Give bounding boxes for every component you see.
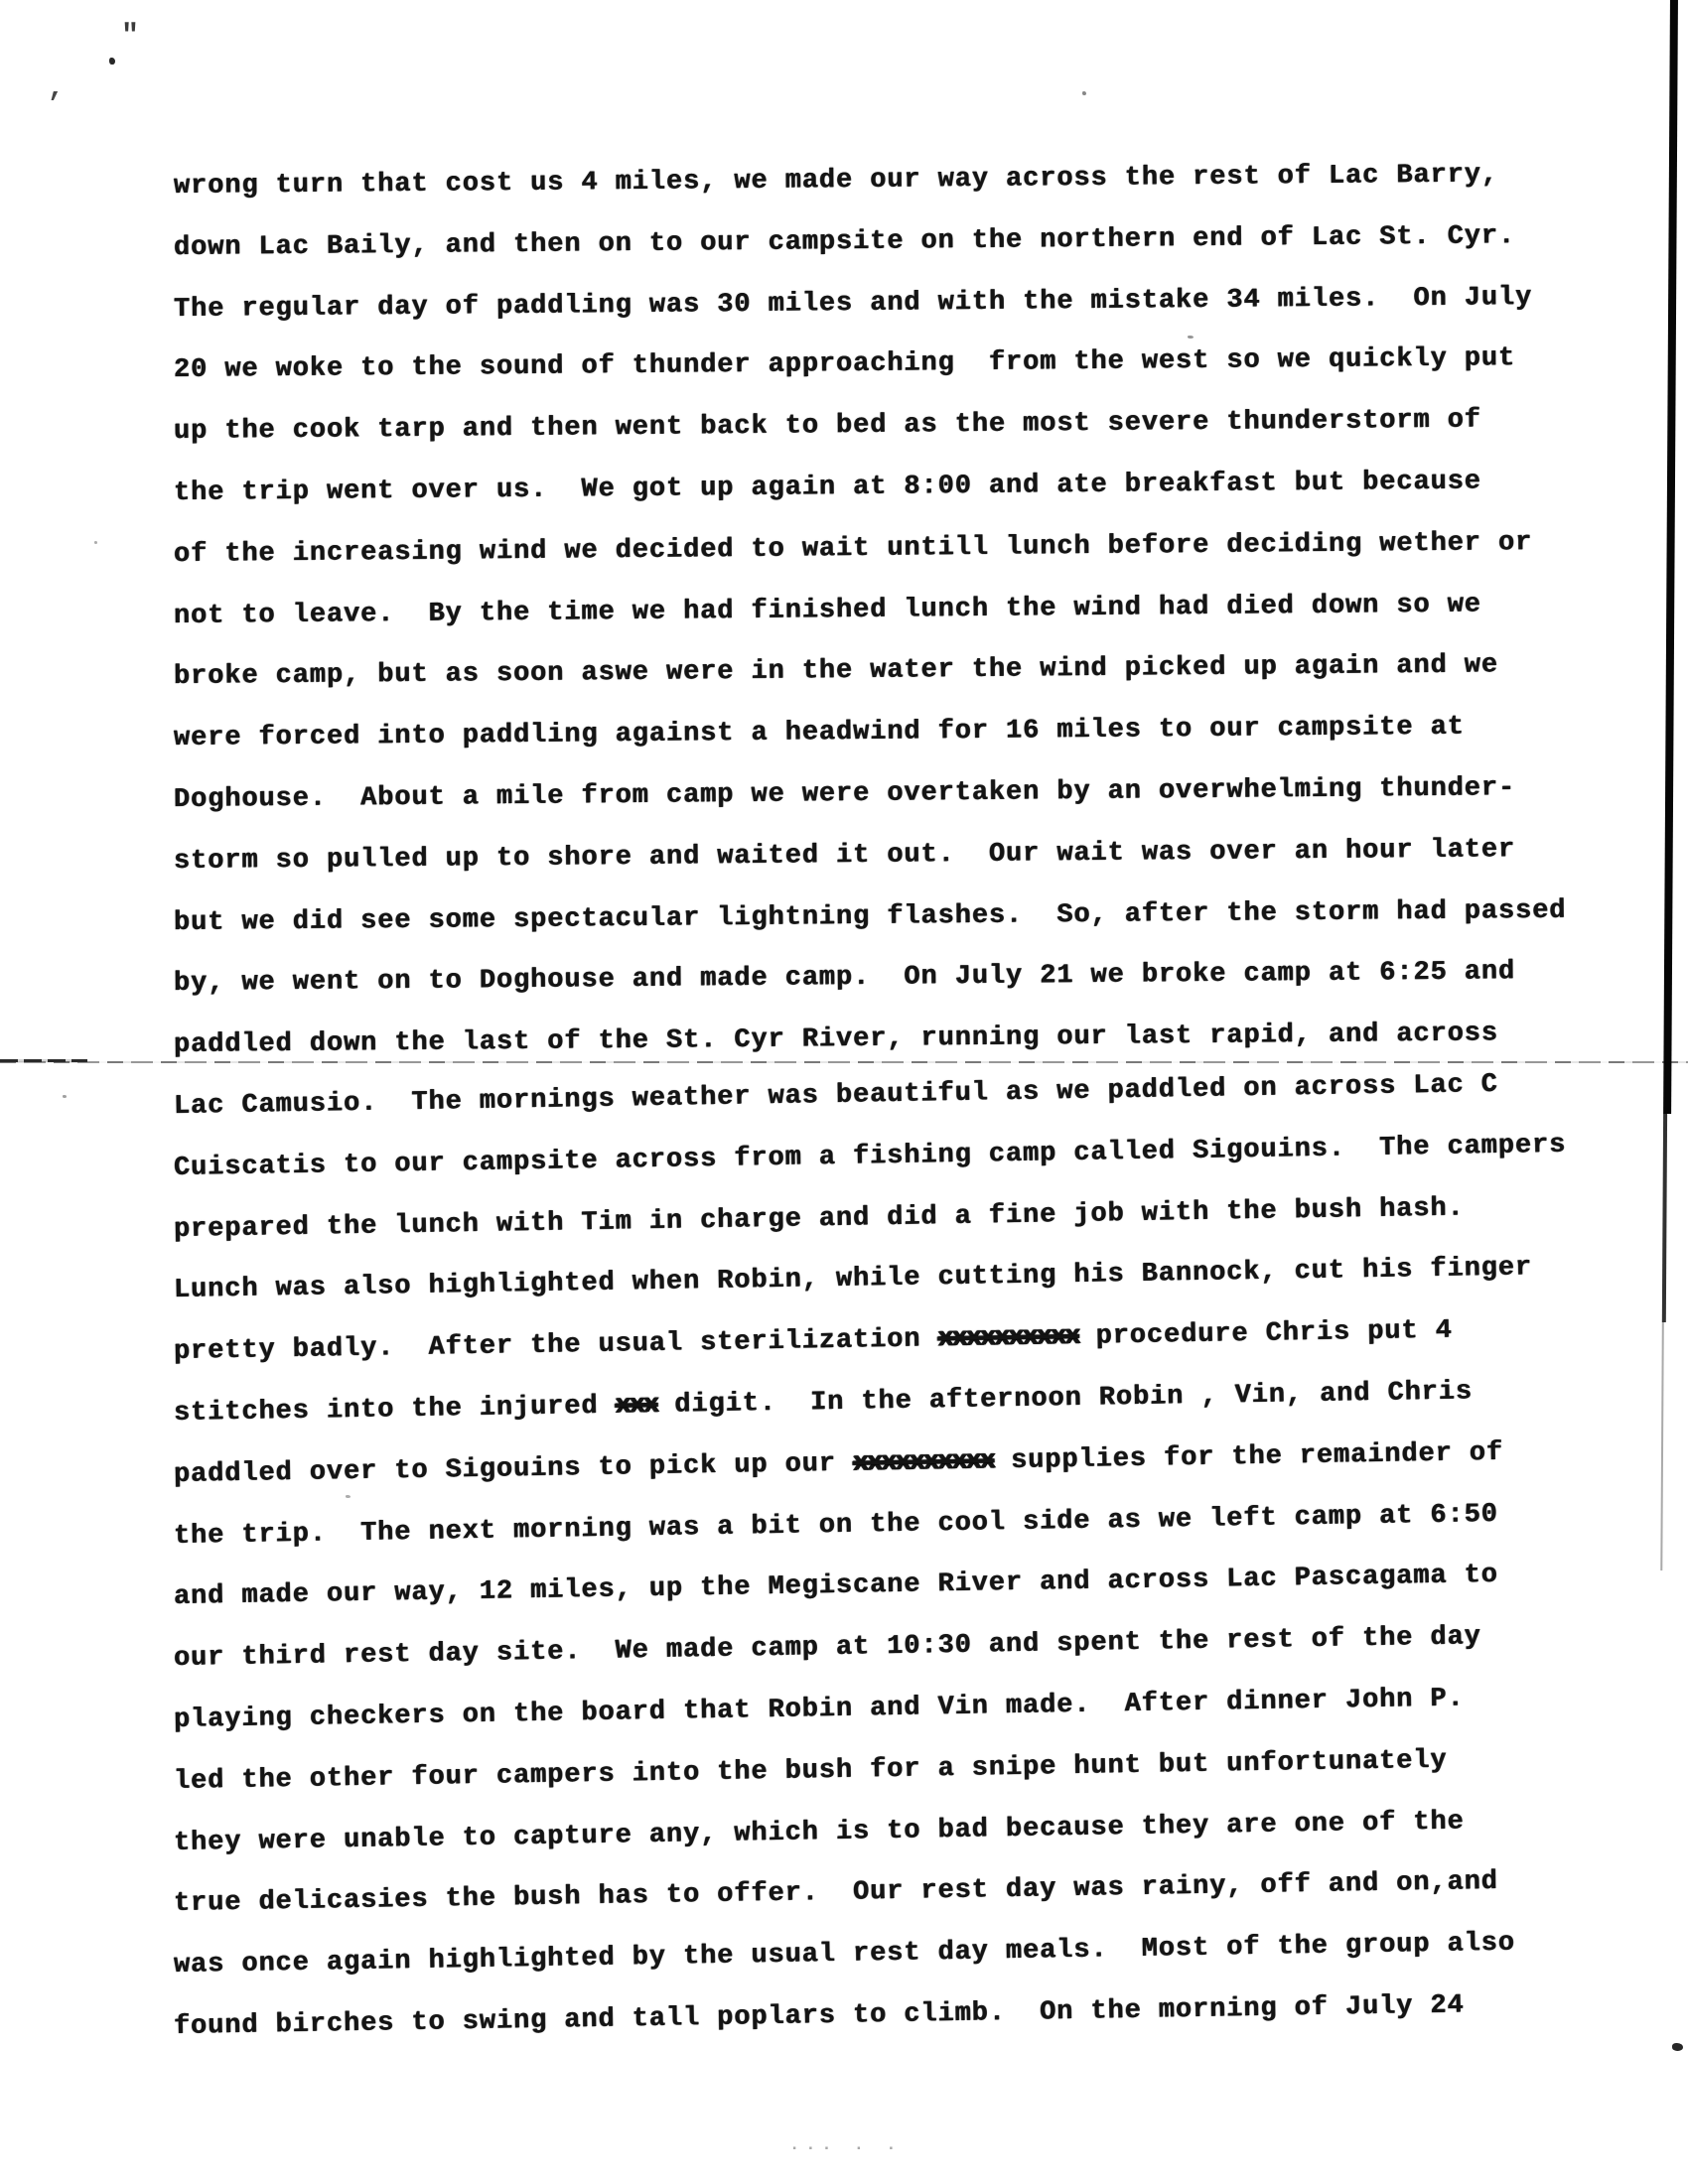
- text-segment: by, we went on to Doghouse and made camp…: [174, 958, 1515, 1000]
- text-segment: found birches to swing and tall poplars …: [174, 1990, 1465, 2042]
- text-segment: down Lac Baily, and then on to our camps…: [174, 221, 1515, 263]
- ink-speck: [1082, 91, 1086, 95]
- text-segment: stitches into the injured: [174, 1392, 616, 1429]
- ink-speck: [63, 1095, 67, 1098]
- text-segment: Cuiscatis to our campsite across from a …: [174, 1131, 1567, 1183]
- text-segment: storm so pulled up to shore and waited i…: [174, 835, 1515, 877]
- text-segment: wrong turn that cost us 4 miles, we made…: [174, 160, 1498, 202]
- text-segment: but we did see some spectacular lightnin…: [174, 895, 1567, 937]
- struck-out-word: xxx: [615, 1391, 657, 1422]
- text-segment: not to leave. By the time we had finishe…: [174, 590, 1481, 630]
- scan-edge-segment-thick: [1663, 0, 1678, 1114]
- text-line-6: the trip went over us. We got up again a…: [174, 453, 1481, 525]
- text-segment: pretty badly. After the usual sterilizat…: [174, 1324, 938, 1367]
- scan-edge-segment-medium: [1662, 1114, 1667, 1322]
- text-segment: the trip. The next morning was a bit on …: [174, 1499, 1498, 1551]
- text-segment: of the increasing wind we decided to wai…: [174, 528, 1532, 570]
- ink-speck: [94, 541, 97, 544]
- text-segment: procedure Chris put 4: [1078, 1316, 1453, 1352]
- text-segment: paddled over to Sigouins to pick up our: [174, 1448, 854, 1489]
- text-segment: prepared the lunch with Tim in charge an…: [174, 1193, 1465, 1245]
- text-line-10: were forced into paddling against a head…: [174, 698, 1465, 770]
- scan-dots: ... . .: [789, 2136, 902, 2155]
- text-segment: Lac Camusio. The mornings weather was be…: [174, 1070, 1498, 1122]
- text-segment: broke camp, but as soon aswe were in the…: [174, 651, 1498, 693]
- ink-speck: [1672, 2043, 1683, 2051]
- scan-edge-segment-faint: [1660, 1322, 1664, 1570]
- text-segment: Lunch was also highlighted when Robin, w…: [174, 1254, 1533, 1306]
- text-segment: the trip went over us. We got up again a…: [174, 468, 1481, 508]
- text-line-11: Doghouse. About a mile from camp we were…: [174, 758, 1516, 832]
- fold-crease-left-cap: [0, 1059, 87, 1062]
- text-line-1: wrong turn that cost us 4 miles, we made…: [174, 145, 1499, 217]
- ink-speck: [109, 58, 115, 65]
- text-segment: playing checkers on the board that Robin…: [174, 1684, 1465, 1735]
- text-segment: The regular day of paddling was 30 miles…: [174, 283, 1532, 325]
- text-segment: Doghouse. About a mile from camp we were…: [174, 773, 1515, 815]
- text-segment: supplies for the remainder of: [994, 1438, 1504, 1477]
- text-line-5: up the cook tarp and then went back to b…: [174, 391, 1481, 464]
- scanned-page: wrong turn that cost us 4 miles, we made…: [0, 0, 1688, 2184]
- text-segment: digit. In the afternoon Robin , Vin, and…: [657, 1377, 1473, 1421]
- text-segment: they were unable to capture any, which i…: [174, 1807, 1465, 1858]
- ink-speck: ": [121, 22, 139, 52]
- text-segment: up the cook tarp and then went back to b…: [174, 406, 1481, 447]
- text-line-7: of the increasing wind we decided to wai…: [174, 513, 1533, 587]
- text-segment: our third rest day site. We made camp at…: [174, 1622, 1481, 1674]
- text-segment: and made our way, 12 miles, up the Megis…: [174, 1561, 1498, 1612]
- text-line-12: storm so pulled up to shore and waited i…: [174, 820, 1516, 893]
- ink-speck: [346, 1495, 351, 1498]
- ink-speck: [1188, 336, 1194, 339]
- text-segment: true delicasies the bush has to offer. O…: [174, 1867, 1498, 1919]
- struck-out-word: xxxxxxxxxx: [937, 1322, 1079, 1354]
- text-line-2: down Lac Baily, and then on to our camps…: [174, 206, 1516, 280]
- struck-out-word: xxxxxxxxxx: [853, 1446, 995, 1478]
- ink-speck: ,: [48, 75, 65, 103]
- text-segment: was once again highlighted by the usual …: [174, 1929, 1515, 1980]
- scan-edge-line: [1660, 0, 1682, 1570]
- typewritten-text-block: wrong turn that cost us 4 miles, we made…: [174, 0, 1643, 2184]
- fold-crease-line: [0, 1061, 1688, 1063]
- text-segment: were forced into paddling against a head…: [174, 713, 1465, 753]
- text-segment: paddled down the last of the St. Cyr Riv…: [174, 1020, 1498, 1061]
- text-segment: led the other four campers into the bush…: [174, 1746, 1448, 1797]
- text-segment: 20 we woke to the sound of thunder appro…: [174, 344, 1515, 386]
